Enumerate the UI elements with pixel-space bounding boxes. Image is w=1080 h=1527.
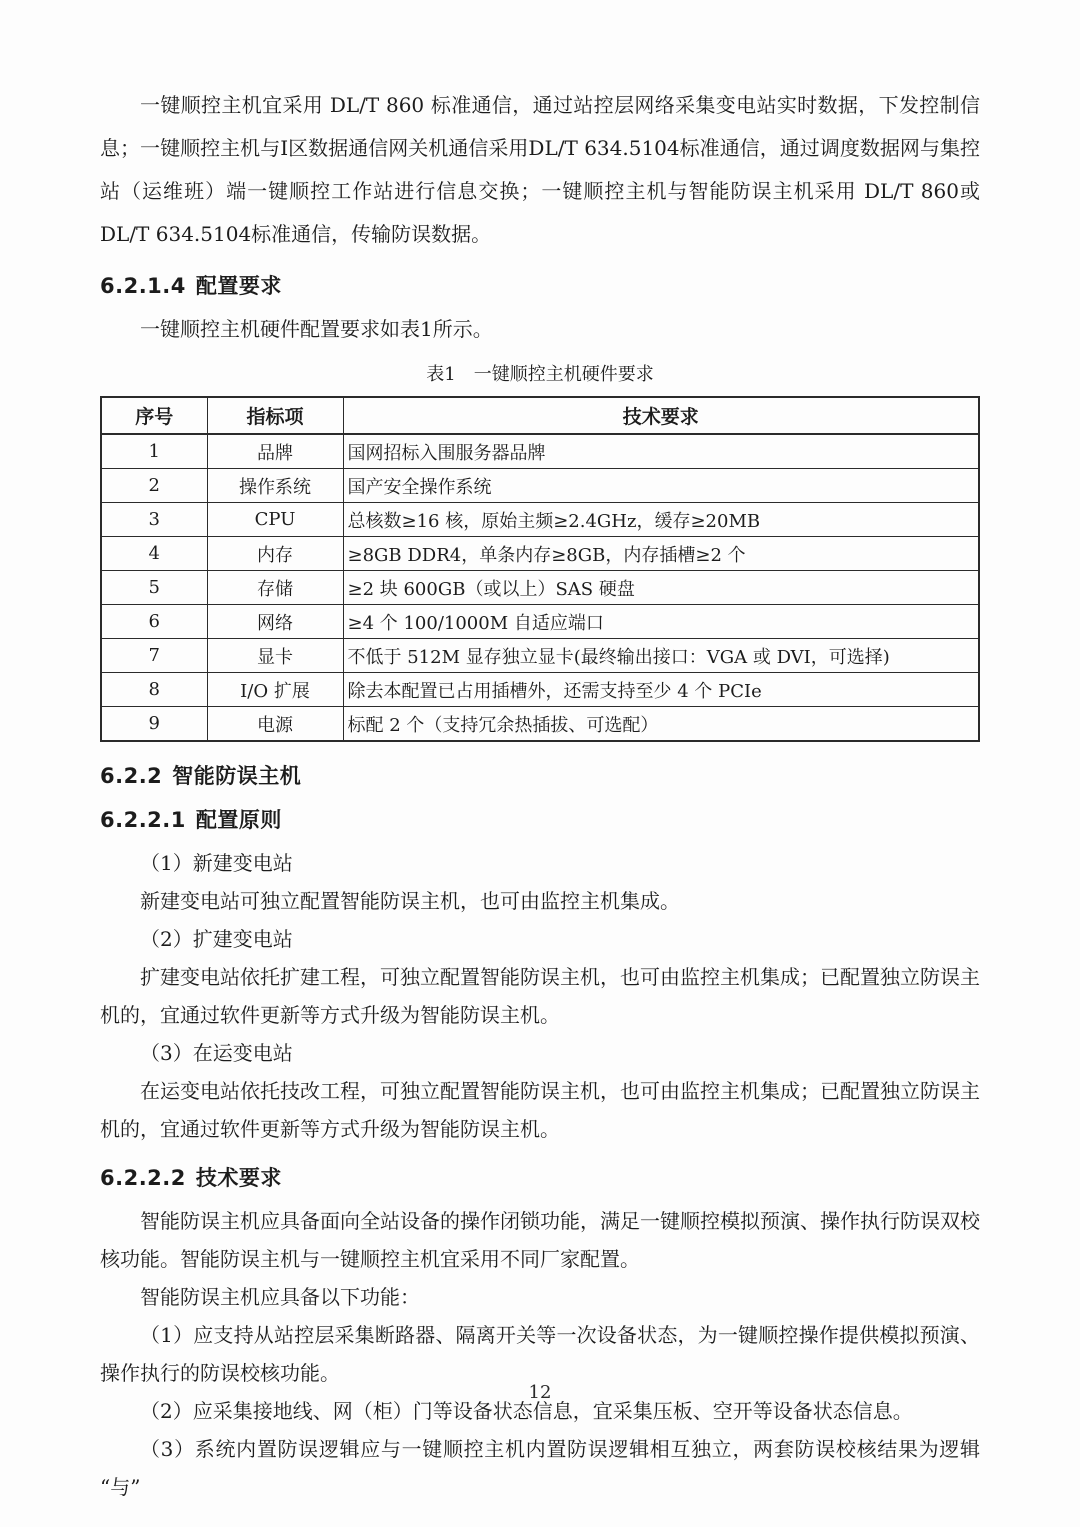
hardware-requirements-table: 序号 指标项 技术要求 1品牌国网招标入围服务器品牌2操作系统国产安全操作系统3…	[100, 396, 980, 742]
heading-title: 配置要求	[196, 274, 282, 298]
header-indicator: 指标项	[207, 397, 343, 434]
tech-req-item-3: （3）系统内置防误逻辑应与一键顺控主机内置防误逻辑相互独立，两套防误校核结果为逻…	[100, 1430, 980, 1506]
tech-req-paragraph-1: 智能防误主机应具备面向全站设备的操作闭锁功能，满足一键顺控模拟预演、操作执行防误…	[100, 1202, 980, 1278]
table-row: 1品牌国网招标入围服务器品牌	[101, 434, 979, 469]
cell-requirement: 国网招标入围服务器品牌	[343, 434, 979, 469]
cell-indicator: 显卡	[207, 639, 343, 673]
heading-number: 6.2.2.2	[100, 1166, 186, 1190]
table-header-row: 序号 指标项 技术要求	[101, 397, 979, 434]
cell-indicator: 操作系统	[207, 469, 343, 503]
cell-seq: 3	[101, 503, 207, 537]
table-row: 8I/O 扩展除去本配置已占用插槽外，还需支持至少 4 个 PCIe	[101, 673, 979, 707]
cell-requirement: 不低于 512M 显存独立显卡(最终输出接口：VGA 或 DVI，可选择)	[343, 639, 979, 673]
tech-req-paragraph-2: 智能防误主机应具备以下功能：	[100, 1278, 980, 1316]
cell-seq: 6	[101, 605, 207, 639]
cell-indicator: 内存	[207, 537, 343, 571]
table-row: 4内存≥8GB DDR4，单条内存≥8GB，内存插槽≥2 个	[101, 537, 979, 571]
list-item-3-body: 在运变电站依托技改工程，可独立配置智能防误主机，也可由监控主机集成；已配置独立防…	[100, 1072, 980, 1148]
heading-title: 配置原则	[196, 808, 282, 832]
cell-requirement: ≥4 个 100/1000M 自适应端口	[343, 605, 979, 639]
tech-req-item-1: （1）应支持从站控层采集断路器、隔离开关等一次设备状态，为一键顺控操作提供模拟预…	[100, 1316, 980, 1392]
heading-number: 6.2.2	[100, 764, 162, 788]
heading-tech-requirements: 6.2.2.2技术要求	[100, 1162, 980, 1192]
heading-title: 技术要求	[196, 1166, 282, 1190]
table-row: 2操作系统国产安全操作系统	[101, 469, 979, 503]
table-row: 9电源标配 2 个（支持冗余热插拔、可选配）	[101, 707, 979, 742]
cell-requirement: 总核数≥16 核，原始主频≥2.4GHz，缓存≥20MB	[343, 503, 979, 537]
table-caption: 表1 一键顺控主机硬件要求	[100, 360, 980, 386]
cell-seq: 8	[101, 673, 207, 707]
table-row: 3CPU总核数≥16 核，原始主频≥2.4GHz，缓存≥20MB	[101, 503, 979, 537]
cell-seq: 1	[101, 434, 207, 469]
header-seq: 序号	[101, 397, 207, 434]
heading-title: 智能防误主机	[172, 764, 301, 788]
table-intro-text: 一键顺控主机硬件配置要求如表1所示。	[100, 310, 980, 348]
intro-paragraph: 一键顺控主机宜采用 DL/T 860 标准通信，通过站控层网络采集变电站实时数据…	[100, 84, 980, 256]
cell-requirement: 除去本配置已占用插槽外，还需支持至少 4 个 PCIe	[343, 673, 979, 707]
heading-number: 6.2.1.4	[100, 274, 186, 298]
table-row: 6网络≥4 个 100/1000M 自适应端口	[101, 605, 979, 639]
list-item-1-body: 新建变电站可独立配置智能防误主机，也可由监控主机集成。	[100, 882, 980, 920]
document-page: 一键顺控主机宜采用 DL/T 860 标准通信，通过站控层网络采集变电站实时数据…	[0, 0, 1080, 1527]
cell-indicator: 存储	[207, 571, 343, 605]
heading-config-requirements: 6.2.1.4配置要求	[100, 270, 980, 300]
list-item-2-body: 扩建变电站依托扩建工程，可独立配置智能防误主机，也可由监控主机集成；已配置独立防…	[100, 958, 980, 1034]
header-requirement: 技术要求	[343, 397, 979, 434]
cell-seq: 9	[101, 707, 207, 742]
list-item-1-title: （1）新建变电站	[100, 844, 980, 882]
cell-requirement: ≥2 块 600GB（或以上）SAS 硬盘	[343, 571, 979, 605]
cell-seq: 7	[101, 639, 207, 673]
table-row: 7显卡不低于 512M 显存独立显卡(最终输出接口：VGA 或 DVI，可选择)	[101, 639, 979, 673]
cell-indicator: 电源	[207, 707, 343, 742]
page-content: 一键顺控主机宜采用 DL/T 860 标准通信，通过站控层网络采集变电站实时数据…	[0, 0, 1080, 1506]
heading-number: 6.2.2.1	[100, 808, 186, 832]
cell-indicator: 网络	[207, 605, 343, 639]
cell-requirement: 国产安全操作系统	[343, 469, 979, 503]
list-item-2-title: （2）扩建变电站	[100, 920, 980, 958]
list-item-3-title: （3）在运变电站	[100, 1034, 980, 1072]
heading-config-principle: 6.2.2.1配置原则	[100, 804, 980, 834]
cell-seq: 2	[101, 469, 207, 503]
cell-seq: 4	[101, 537, 207, 571]
cell-requirement: 标配 2 个（支持冗余热插拔、可选配）	[343, 707, 979, 742]
heading-smart-antierror-host: 6.2.2智能防误主机	[100, 760, 980, 790]
cell-seq: 5	[101, 571, 207, 605]
cell-indicator: CPU	[207, 503, 343, 537]
table-row: 5存储≥2 块 600GB（或以上）SAS 硬盘	[101, 571, 979, 605]
page-number: 12	[0, 1382, 1080, 1403]
cell-indicator: I/O 扩展	[207, 673, 343, 707]
cell-indicator: 品牌	[207, 434, 343, 469]
cell-requirement: ≥8GB DDR4，单条内存≥8GB，内存插槽≥2 个	[343, 537, 979, 571]
